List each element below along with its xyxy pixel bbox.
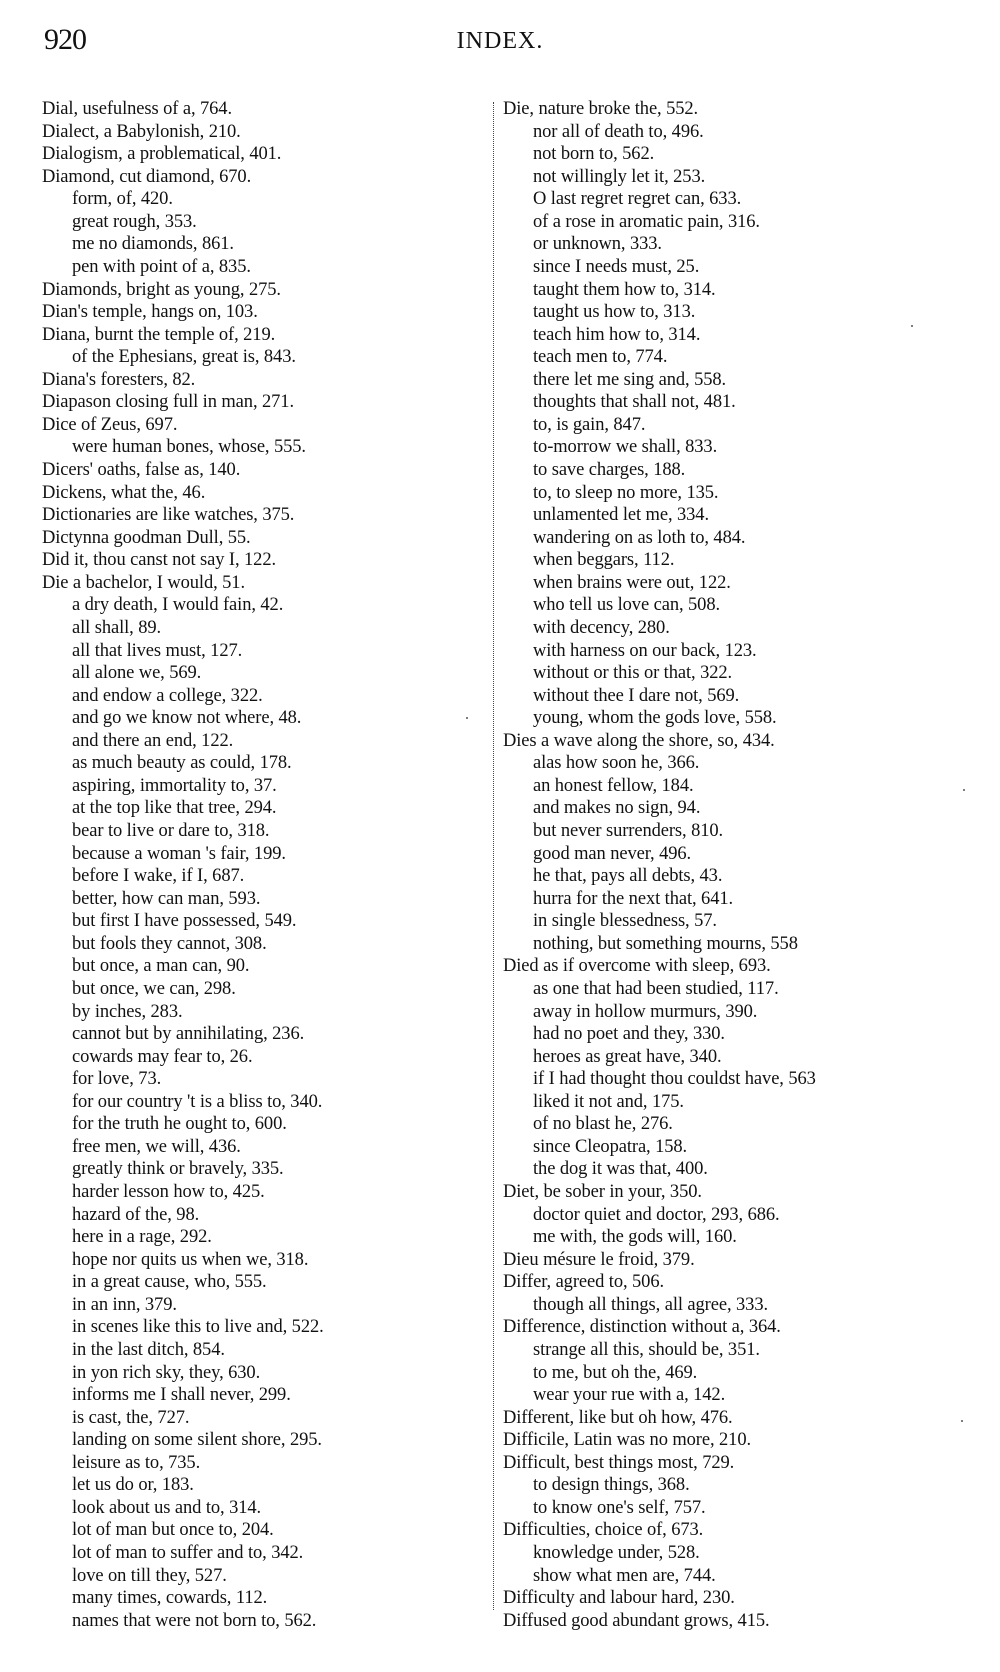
index-entry-sub: free men, we will, 436. [42, 1136, 472, 1159]
index-entry-sub: an honest fellow, 184. [503, 775, 963, 798]
index-entry-main: Dictynna goodman Dull, 55. [42, 527, 472, 550]
index-entry-main: Differ, agreed to, 506. [503, 1271, 963, 1294]
index-entry-sub: without or this or that, 322. [503, 662, 963, 685]
index-entry-sub: in a great cause, who, 555. [42, 1271, 472, 1294]
index-entry-main: Dialect, a Babylonish, 210. [42, 121, 472, 144]
index-entry-sub: O last regret regret can, 633. [503, 188, 963, 211]
index-entry-sub: to, is gain, 847. [503, 414, 963, 437]
index-entry-sub: me no diamonds, 861. [42, 233, 472, 256]
index-entry-sub: taught us how to, 313. [503, 301, 963, 324]
index-entry-main: Die a bachelor, I would, 51. [42, 572, 472, 595]
index-entry-sub: had no poet and they, 330. [503, 1023, 963, 1046]
index-entry-sub: great rough, 353. [42, 211, 472, 234]
index-entry-sub: for the truth he ought to, 600. [42, 1113, 472, 1136]
index-entry-sub: show what men are, 744. [503, 1565, 963, 1588]
index-entry-main: Difficulties, choice of, 673. [503, 1519, 963, 1542]
index-entry-sub: liked it not and, 175. [503, 1091, 963, 1114]
index-entry-sub: teach men to, 774. [503, 346, 963, 369]
print-speck [466, 717, 468, 719]
index-entry-main: Diamonds, bright as young, 275. [42, 279, 472, 302]
index-entry-main: Dian's temple, hangs on, 103. [42, 301, 472, 324]
index-entry-sub: cannot but by annihilating, 236. [42, 1023, 472, 1046]
index-column-left: Dial, usefulness of a, 764.Dialect, a Ba… [42, 98, 472, 1632]
index-entry-main: Difficult, best things most, 729. [503, 1452, 963, 1475]
index-entry-main: Dice of Zeus, 697. [42, 414, 472, 437]
index-entry-sub: here in a rage, 292. [42, 1226, 472, 1249]
index-entry-main: Did it, thou canst not say I, 122. [42, 549, 472, 572]
index-entry-main: Diana's foresters, 82. [42, 369, 472, 392]
index-entry-sub: lot of man to suffer and to, 342. [42, 1542, 472, 1565]
index-entry-sub: he that, pays all debts, 43. [503, 865, 963, 888]
index-entry-sub: before I wake, if I, 687. [42, 865, 472, 888]
index-entry-sub: by inches, 283. [42, 1001, 472, 1024]
index-entry-sub: when brains were out, 122. [503, 572, 963, 595]
index-entry-sub: greatly think or bravely, 335. [42, 1158, 472, 1181]
index-entry-sub: of the Ephesians, great is, 843. [42, 346, 472, 369]
index-entry-main: Difficulty and labour hard, 230. [503, 1587, 963, 1610]
index-entry-sub: strange all this, should be, 351. [503, 1339, 963, 1362]
index-entry-sub: as much beauty as could, 178. [42, 752, 472, 775]
column-divider [493, 102, 494, 1610]
index-entry-sub: better, how can man, 593. [42, 888, 472, 911]
index-entry-sub: cowards may fear to, 26. [42, 1046, 472, 1069]
index-entry-sub: to-morrow we shall, 833. [503, 436, 963, 459]
index-entry-sub: to save charges, 188. [503, 459, 963, 482]
index-entry-main: Die, nature broke the, 552. [503, 98, 963, 121]
index-entry-sub: thoughts that shall not, 481. [503, 391, 963, 414]
index-entry-sub: nothing, but something mourns, 558 [503, 933, 963, 956]
index-entry-sub: unlamented let me, 334. [503, 504, 963, 527]
index-entry-main: Dies a wave along the shore, so, 434. [503, 730, 963, 753]
index-entry-sub: is cast, the, 727. [42, 1407, 472, 1430]
index-entry-sub: but once, a man can, 90. [42, 955, 472, 978]
running-title: INDEX. [0, 22, 1000, 60]
index-entry-sub: in scenes like this to live and, 522. [42, 1316, 472, 1339]
index-entry-sub: the dog it was that, 400. [503, 1158, 963, 1181]
index-entry-sub: hazard of the, 98. [42, 1204, 472, 1227]
index-entry-sub: and go we know not where, 48. [42, 707, 472, 730]
index-entry-sub: for our country 't is a bliss to, 340. [42, 1091, 472, 1114]
index-entry-sub: of no blast he, 276. [503, 1113, 963, 1136]
index-entry-main: Diapason closing full in man, 271. [42, 391, 472, 414]
index-entry-main: Dicers' oaths, false as, 140. [42, 459, 472, 482]
index-entry-sub: in the last ditch, 854. [42, 1339, 472, 1362]
index-entry-sub: many times, cowards, 112. [42, 1587, 472, 1610]
index-entry-sub: all alone we, 569. [42, 662, 472, 685]
index-entry-sub: harder lesson how to, 425. [42, 1181, 472, 1204]
index-entry-sub: were human bones, whose, 555. [42, 436, 472, 459]
index-entry-sub: not willingly let it, 253. [503, 166, 963, 189]
index-entry-sub: young, whom the gods love, 558. [503, 707, 963, 730]
index-column-right: Die, nature broke the, 552.nor all of de… [503, 98, 963, 1632]
index-entry-main: Dial, usefulness of a, 764. [42, 98, 472, 121]
index-entry-sub: hope nor quits us when we, 318. [42, 1249, 472, 1272]
index-entry-sub: and endow a college, 322. [42, 685, 472, 708]
index-entry-main: Dialogism, a problematical, 401. [42, 143, 472, 166]
index-entry-sub: or unknown, 333. [503, 233, 963, 256]
index-entry-main: Difficile, Latin was no more, 210. [503, 1429, 963, 1452]
index-entry-main: Dickens, what the, 46. [42, 482, 472, 505]
index-entry-main: Different, like but oh how, 476. [503, 1407, 963, 1430]
index-entry-main: Died as if overcome with sleep, 693. [503, 955, 963, 978]
index-entry-sub: wandering on as loth to, 484. [503, 527, 963, 550]
index-entry-sub: because a woman 's fair, 199. [42, 843, 472, 866]
index-entry-sub: all shall, 89. [42, 617, 472, 640]
index-entry-sub: to, to sleep no more, 135. [503, 482, 963, 505]
index-entry-sub: for love, 73. [42, 1068, 472, 1091]
index-entry-sub: landing on some silent shore, 295. [42, 1429, 472, 1452]
index-entry-sub: alas how soon he, 366. [503, 752, 963, 775]
index-entry-main: Difference, distinction without a, 364. [503, 1316, 963, 1339]
index-entry-sub: but once, we can, 298. [42, 978, 472, 1001]
index-entry-sub: doctor quiet and doctor, 293, 686. [503, 1204, 963, 1227]
index-entry-sub: look about us and to, 314. [42, 1497, 472, 1520]
index-entry-sub: let us do or, 183. [42, 1474, 472, 1497]
print-speck [911, 325, 913, 327]
index-entry-sub: at the top like that tree, 294. [42, 797, 472, 820]
index-entry-sub: a dry death, I would fain, 42. [42, 594, 472, 617]
index-entry-sub: but first I have possessed, 549. [42, 910, 472, 933]
index-entry-sub: and makes no sign, 94. [503, 797, 963, 820]
index-entry-main: Diana, burnt the temple of, 219. [42, 324, 472, 347]
index-entry-sub: bear to live or dare to, 318. [42, 820, 472, 843]
index-entry-sub: informs me I shall never, 299. [42, 1384, 472, 1407]
index-entry-main: Diamond, cut diamond, 670. [42, 166, 472, 189]
index-entry-sub: wear your rue with a, 142. [503, 1384, 963, 1407]
index-entry-main: Dictionaries are like watches, 375. [42, 504, 472, 527]
index-entry-sub: with harness on our back, 123. [503, 640, 963, 663]
index-entry-sub: to me, but oh the, 469. [503, 1362, 963, 1385]
index-entry-sub: if I had thought thou couldst have, 563 [503, 1068, 963, 1091]
index-entry-sub: teach him how to, 314. [503, 324, 963, 347]
index-entry-sub: who tell us love can, 508. [503, 594, 963, 617]
index-entry-sub: lot of man but once to, 204. [42, 1519, 472, 1542]
index-entry-sub: hurra for the next that, 641. [503, 888, 963, 911]
index-entry-sub: there let me sing and, 558. [503, 369, 963, 392]
index-entry-sub: in single blessedness, 57. [503, 910, 963, 933]
index-entry-sub: not born to, 562. [503, 143, 963, 166]
index-entry-main: Diffused good abundant grows, 415. [503, 1610, 963, 1633]
index-entry-sub: pen with point of a, 835. [42, 256, 472, 279]
index-entry-sub: since Cleopatra, 158. [503, 1136, 963, 1159]
index-entry-sub: good man never, 496. [503, 843, 963, 866]
print-speck [961, 1420, 963, 1422]
index-entry-sub: when beggars, 112. [503, 549, 963, 572]
index-entry-sub: names that were not born to, 562. [42, 1610, 472, 1633]
index-entry-sub: as one that had been studied, 117. [503, 978, 963, 1001]
index-entry-sub: leisure as to, 735. [42, 1452, 472, 1475]
index-entry-sub: away in hollow murmurs, 390. [503, 1001, 963, 1024]
index-entry-sub: since I needs must, 25. [503, 256, 963, 279]
index-entry-sub: nor all of death to, 496. [503, 121, 963, 144]
index-entry-sub: but fools they cannot, 308. [42, 933, 472, 956]
index-entry-main: Diet, be sober in your, 350. [503, 1181, 963, 1204]
index-entry-sub: knowledge under, 528. [503, 1542, 963, 1565]
index-entry-sub: to know one's self, 757. [503, 1497, 963, 1520]
index-entry-sub: form, of, 420. [42, 188, 472, 211]
index-entry-main: Dieu mésure le froid, 379. [503, 1249, 963, 1272]
index-entry-sub: me with, the gods will, 160. [503, 1226, 963, 1249]
index-entry-sub: and there an end, 122. [42, 730, 472, 753]
index-entry-sub: without thee I dare not, 569. [503, 685, 963, 708]
index-entry-sub: but never surrenders, 810. [503, 820, 963, 843]
index-entry-sub: in yon rich sky, they, 630. [42, 1362, 472, 1385]
print-speck [963, 789, 965, 791]
index-entry-sub: love on till they, 527. [42, 1565, 472, 1588]
page-header: 920 INDEX. [0, 20, 1000, 60]
index-entry-sub: though all things, all agree, 333. [503, 1294, 963, 1317]
index-entry-sub: in an inn, 379. [42, 1294, 472, 1317]
index-entry-sub: taught them how to, 314. [503, 279, 963, 302]
index-entry-sub: with decency, 280. [503, 617, 963, 640]
index-entry-sub: heroes as great have, 340. [503, 1046, 963, 1069]
index-entry-sub: of a rose in aromatic pain, 316. [503, 211, 963, 234]
index-entry-sub: aspiring, immortality to, 37. [42, 775, 472, 798]
index-entry-sub: to design things, 368. [503, 1474, 963, 1497]
index-entry-sub: all that lives must, 127. [42, 640, 472, 663]
